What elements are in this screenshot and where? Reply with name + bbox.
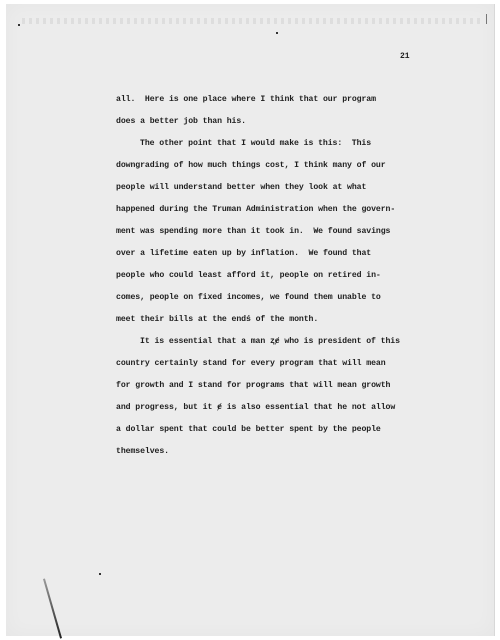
scan-noise-top: [22, 18, 482, 24]
text-line: does a better job than his.: [116, 111, 416, 133]
scan-speck: [18, 24, 20, 26]
text-line: happened during the Truman Administratio…: [116, 199, 416, 221]
scan-speck: [276, 32, 278, 34]
text-line: ment was spending more than it took in. …: [116, 221, 416, 243]
text-line: downgrading of how much things cost, I t…: [116, 155, 416, 177]
text-line: The other point that I would make is thi…: [116, 133, 416, 155]
document-page: 21 all. Here is one place where I think …: [6, 4, 495, 636]
text-line: over a lifetime eaten up by inflation. W…: [116, 243, 416, 265]
text-line: all. Here is one place where I think tha…: [116, 89, 416, 111]
typed-text-body: all. Here is one place where I think tha…: [116, 89, 416, 463]
text-line: country certainly stand for every progra…: [116, 353, 416, 375]
text-line: meet their bills at the endś of the mont…: [116, 309, 416, 331]
text-line: people who could least afford it, people…: [116, 265, 416, 287]
text-line: a dollar spent that could be better spen…: [116, 419, 416, 441]
page-number: 21: [400, 52, 410, 61]
scan-mark: [486, 14, 487, 24]
text-line: for growth and I stand for programs that…: [116, 375, 416, 397]
text-line: and progress, but it ɇ is also essential…: [116, 397, 416, 419]
scan-speck: [99, 573, 101, 575]
scan-streak: [43, 578, 62, 638]
text-line: comes, people on fixed incomes, we found…: [116, 287, 416, 309]
text-line: themselves.: [116, 441, 416, 463]
text-line: people will understand better when they …: [116, 177, 416, 199]
text-line: It is essential that a man ⱬɇ who is pre…: [116, 331, 416, 353]
